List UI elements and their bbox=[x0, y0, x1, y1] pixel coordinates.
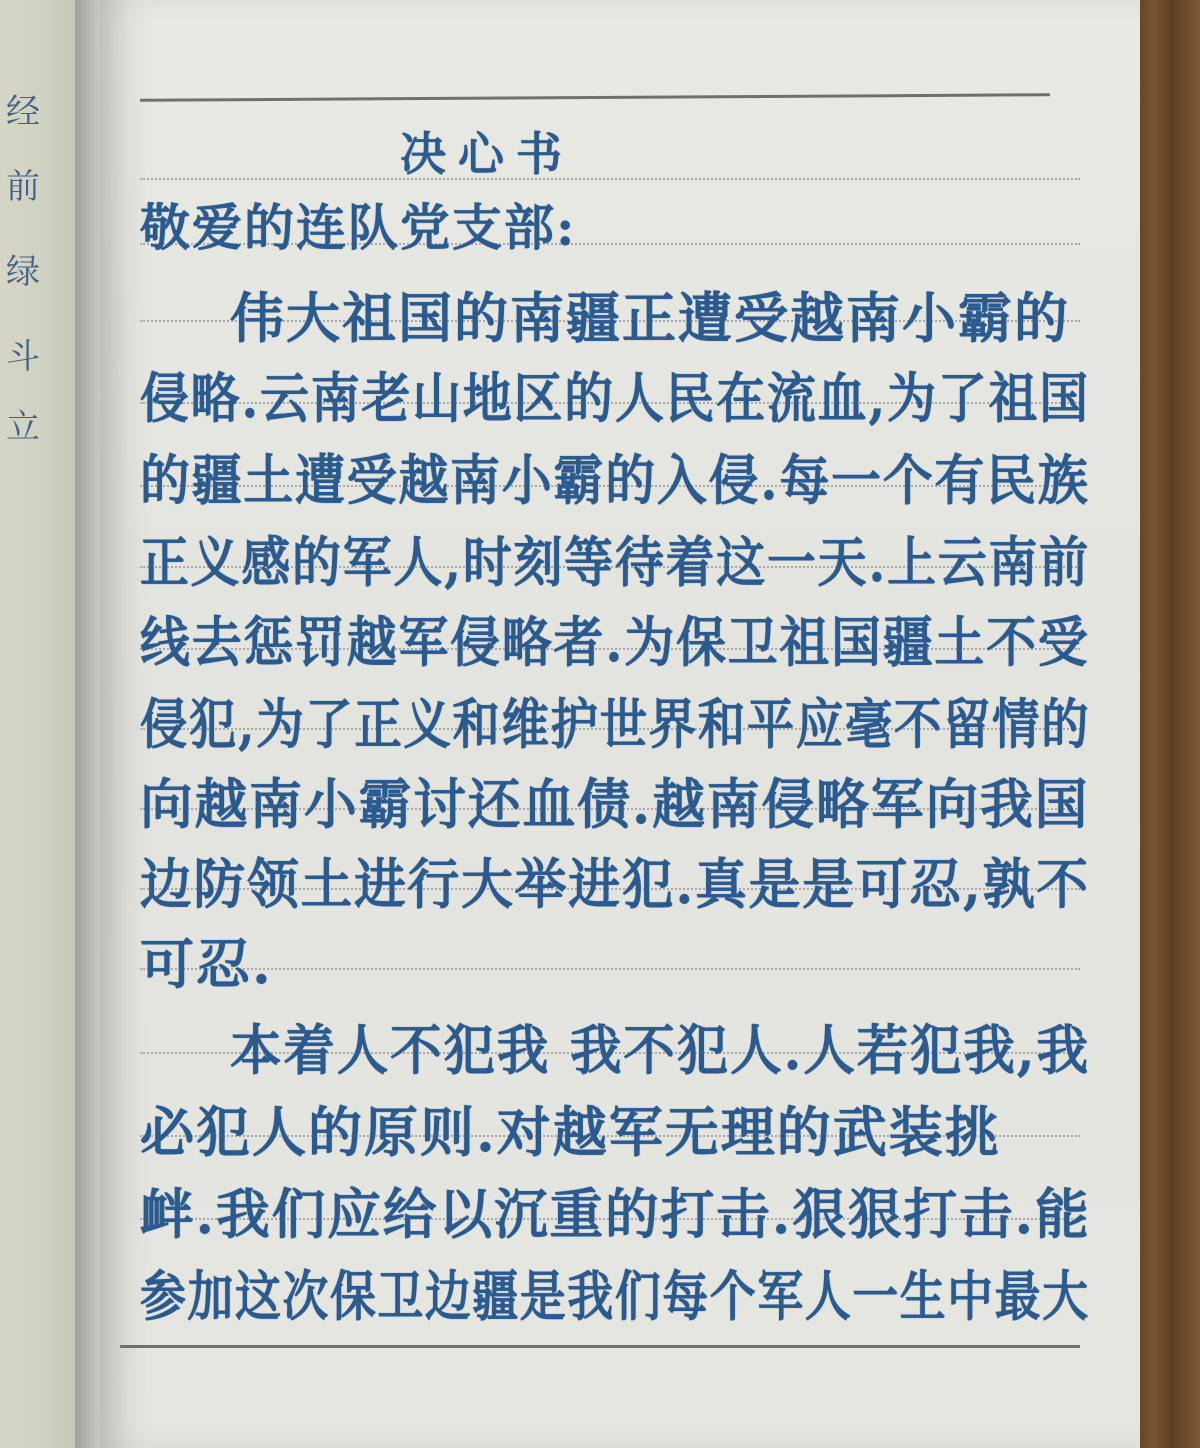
letter-line: 侵犯,为了正义和维护世界和平应毫不留情的 bbox=[140, 682, 1090, 759]
letter-line: 正义感的军人,时刻等待着这一天.上云南前 bbox=[140, 520, 1090, 597]
notebook-page: 决心书 敬爱的连队党支部: 伟大祖国的南疆正遭受越南小霸的 侵略.云南老山地区的… bbox=[100, 0, 1140, 1448]
letter-line: 线去惩罚越军侵略者.为保卫祖国疆土不受 bbox=[140, 600, 1090, 677]
letter-line: 的疆土遭受越南小霸的入侵.每一个有民族 bbox=[140, 438, 1090, 515]
letter-line: 可忍. bbox=[140, 922, 273, 999]
bottom-rule-line bbox=[120, 1345, 1080, 1348]
left-page-fragment: 经 bbox=[6, 95, 40, 129]
left-page-fragment: 斗 bbox=[6, 340, 40, 374]
letter-title: 决心书 bbox=[400, 118, 574, 184]
left-page-fragment: 立 bbox=[6, 410, 40, 444]
left-page-fragment: 前 bbox=[6, 170, 40, 204]
letter-salutation: 敬爱的连队党支部: bbox=[140, 188, 576, 260]
letter-line: 向越南小霸讨还血债.越南侵略军向我国 bbox=[140, 762, 1089, 839]
letter-line: 伟大祖国的南疆正遭受越南小霸的 bbox=[230, 276, 1070, 353]
left-page-fragment: 绿 bbox=[6, 255, 40, 289]
letter-line: 参加这次保卫边疆是我们每个军人一生中最大 bbox=[140, 1254, 1090, 1331]
ruled-line bbox=[140, 968, 1080, 970]
ruled-line bbox=[140, 178, 1080, 180]
letter-line: 衅.我们应给以沉重的打击.狠狠打击.能 bbox=[140, 1172, 1091, 1249]
top-rule-line bbox=[140, 93, 1050, 102]
wooden-table-background bbox=[1130, 0, 1200, 1448]
letter-line: 本着人不犯我 我不犯人.人若犯我,我 bbox=[230, 1008, 1090, 1085]
letter-line: 边防领土进行大举进犯.真是是可忍,孰不 bbox=[140, 842, 1090, 919]
letter-line: 必犯人的原则.对越军无理的武装挑 bbox=[140, 1090, 1001, 1167]
left-page: 经 前 绿 斗 立 bbox=[0, 0, 76, 1448]
letter-line: 侵略.云南老山地区的人民在流血,为了祖国 bbox=[140, 356, 1090, 433]
